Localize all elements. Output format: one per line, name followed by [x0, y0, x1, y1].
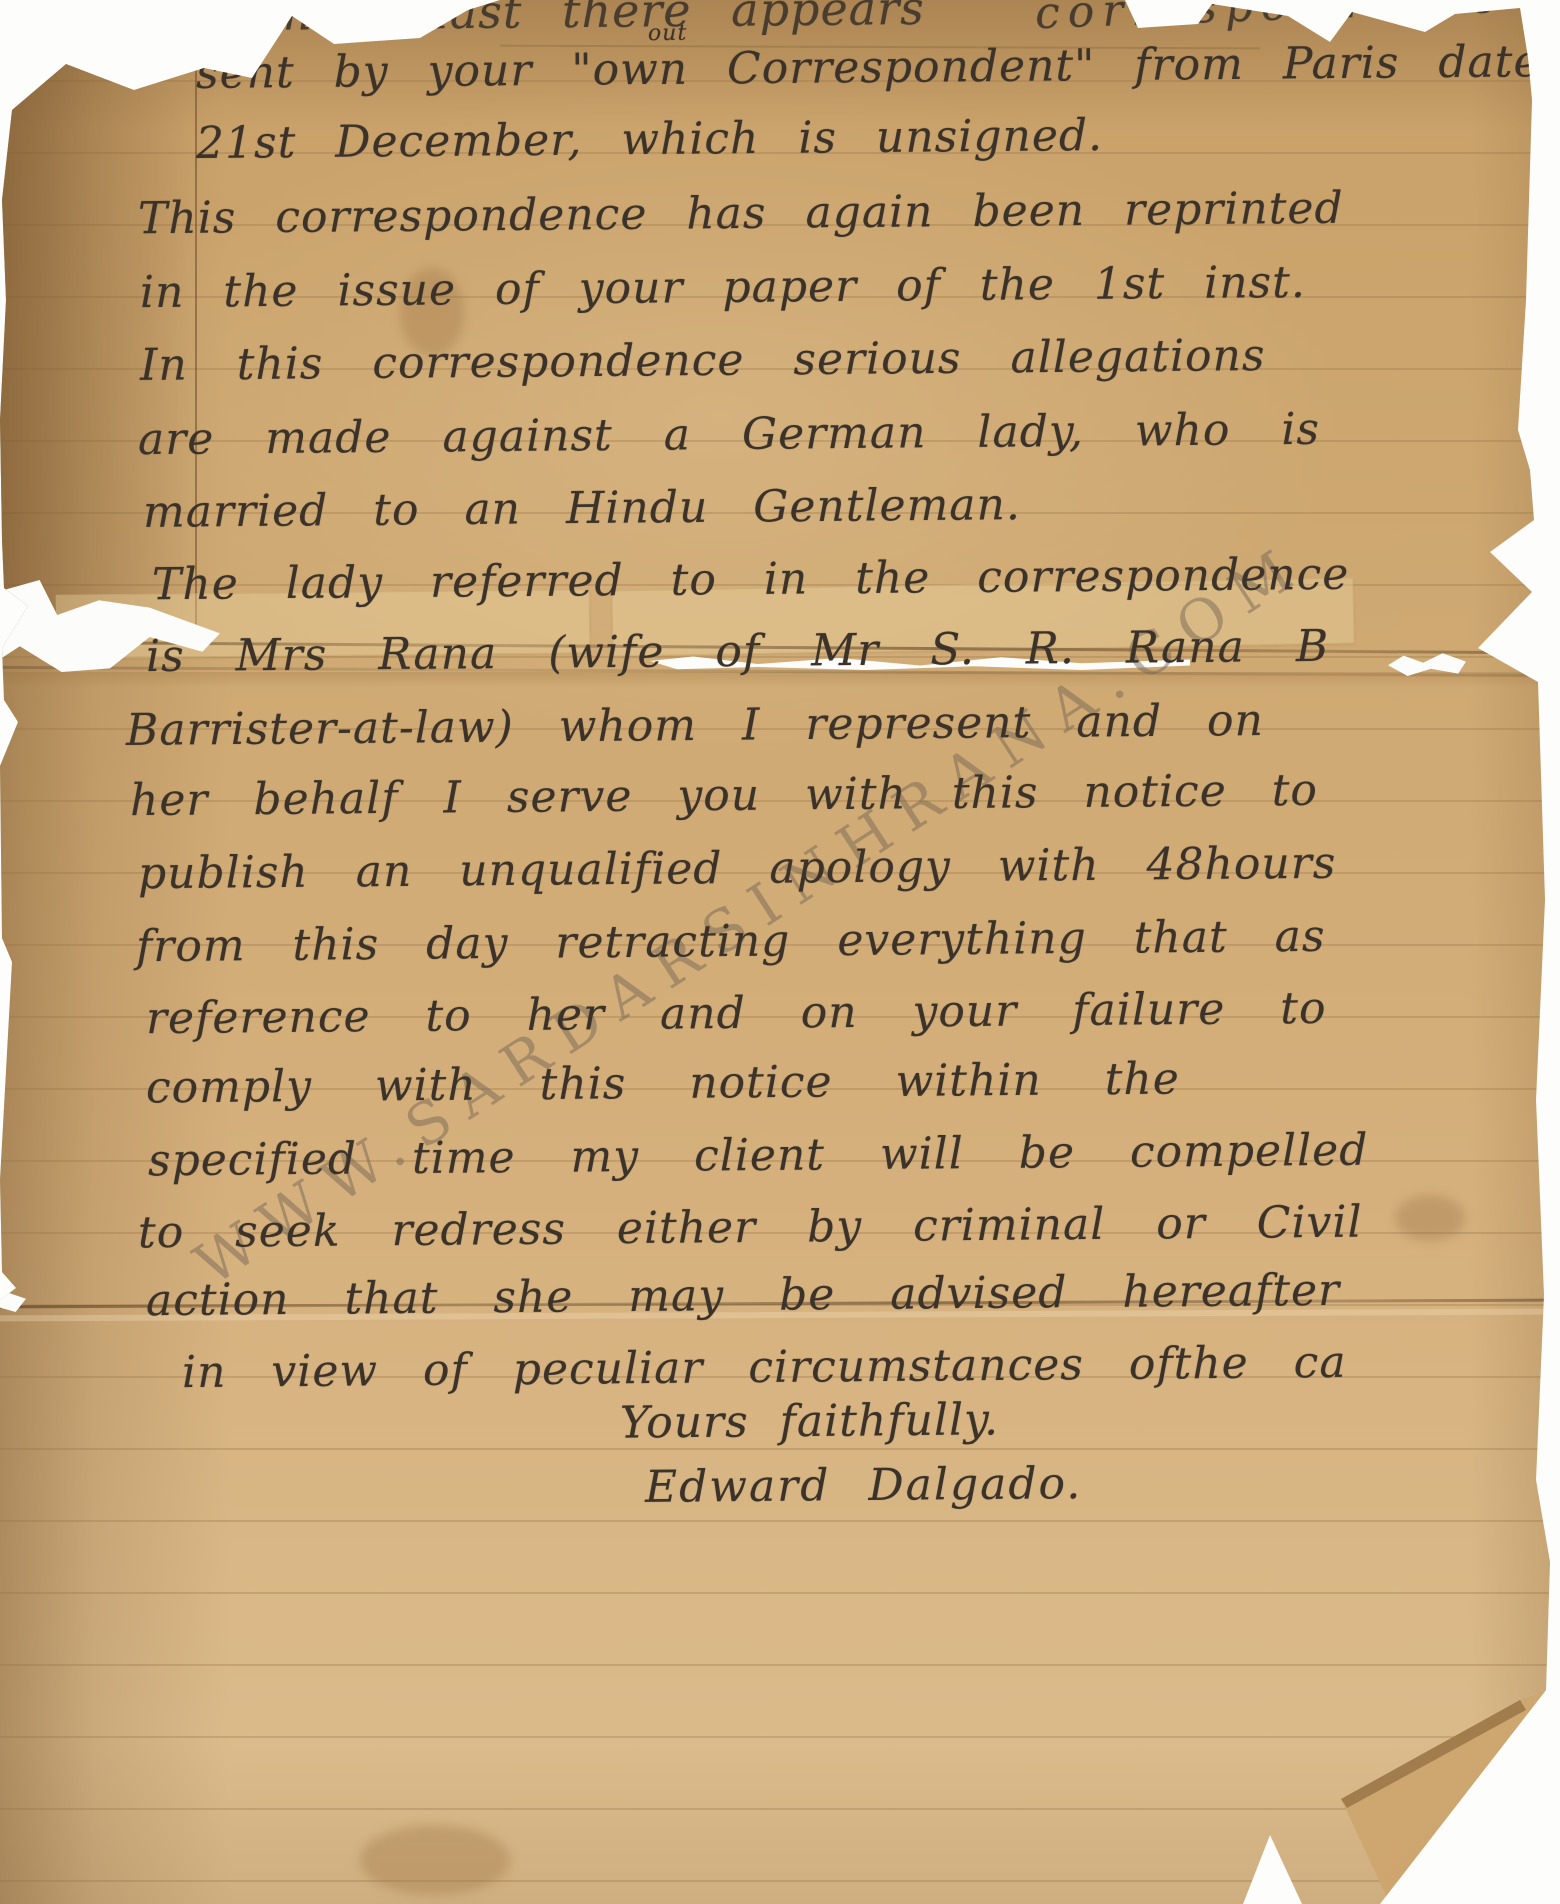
handwriting-line: The lady referred to in the corresponden…	[152, 551, 1350, 610]
handwriting-line: in view of peculiar circumstances ofthe …	[182, 1339, 1347, 1398]
paper-sheet: WWW.SARDARSINHRANA.COM ember last there …	[0, 0, 1560, 1904]
handwriting-insertion: out	[648, 22, 687, 47]
handwriting-line: married to an Hindu Gentleman.	[143, 481, 1021, 537]
handwriting-line: reference to her and on your failure to	[146, 985, 1327, 1044]
paper-stain	[1395, 1195, 1465, 1241]
handwriting-closing: Yours faithfully.	[620, 1396, 999, 1448]
handwriting-line: is Mrs Rana (wife of Mr S. R. Rana B	[146, 623, 1330, 682]
handwriting-line: In this correspondence serious allegatio…	[140, 332, 1266, 390]
handwriting-line: This correspondence has again been repri…	[138, 185, 1344, 244]
handwriting-line: action that she may be advised hereafter	[146, 1267, 1341, 1326]
handwriting-line: from this day retracting everything that…	[136, 913, 1326, 972]
handwriting-line: in the issue of your paper of the 1st in…	[140, 259, 1306, 318]
handwriting-line: are made against a German lady, who is	[138, 406, 1320, 465]
handwriting-line: her behalf I serve you with this notice …	[130, 767, 1318, 826]
handwriting-signature: Edward Dalgado.	[645, 1460, 1083, 1512]
handwriting-line: comply with this notice within the	[146, 1055, 1180, 1112]
handwriting-line: Barrister-at-law) whom I represent and o…	[126, 697, 1264, 755]
paper-stain	[360, 1825, 510, 1895]
handwriting-line: specified time my client will be compell…	[148, 1127, 1369, 1186]
handwriting-line: 21st December, which is unsigned.	[196, 112, 1103, 168]
handwriting-line: to seek redress either by criminal or Ci…	[138, 1199, 1363, 1258]
handwriting-line-torn-fragment: ember last there appears	[240, 0, 925, 40]
scanned-letter-page: WWW.SARDARSINHRANA.COM ember last there …	[0, 0, 1560, 1904]
left-fold-shading	[0, 36, 197, 636]
handwriting-line: publish an unqualified apology with 48ho…	[138, 840, 1337, 899]
